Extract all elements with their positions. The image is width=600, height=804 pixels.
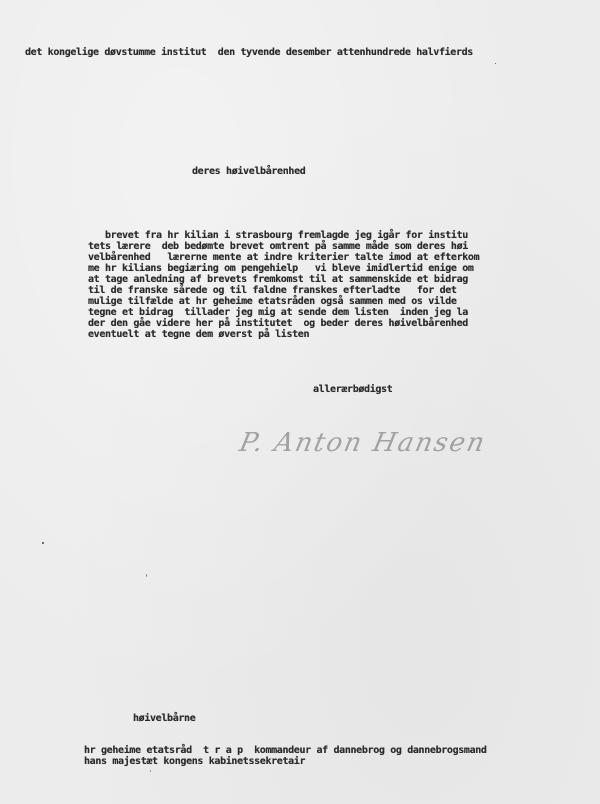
body-line: brevet fra hr kilian i strasbourg fremla… — [88, 230, 468, 241]
body-line: tegne et bidrag tillader jeg mig at send… — [88, 307, 468, 318]
salutation: deres høivelbårenhed — [192, 166, 305, 177]
paper-speck — [146, 574, 147, 577]
body-line: tets lærere deb bedømte brevet omtrent p… — [88, 241, 468, 252]
paper-speck — [42, 542, 44, 544]
recipient-title: høivelbårne — [133, 713, 195, 724]
handwritten-signature: P. Anton Hansen — [237, 428, 489, 458]
paper-speck — [495, 63, 496, 64]
closing: allerærbødigst — [313, 384, 392, 395]
address-line: hr geheime etatsråd t r a p kommandeur a… — [84, 745, 487, 756]
body-line: me hr kilians begiæring om pengehielp vi… — [88, 263, 474, 274]
body-line: mulige tilfælde at hr geheime etatsråden… — [88, 296, 457, 307]
body-line: der den gåe videre her på institutet og … — [88, 318, 468, 329]
letter-header: det kongelige døvstumme institut den tyv… — [25, 47, 473, 58]
body-line: velbårenhed lærerne mente at indre krite… — [88, 252, 479, 263]
address-line: hans majestæt kongens kabinetssekretair — [84, 756, 305, 767]
body-line: til de franske sårede og til faldne fran… — [88, 285, 457, 296]
body-line: eventuelt at tegne dem øverst på listen — [88, 329, 309, 340]
body-line: at tage anledning af brevets fremkomst t… — [88, 274, 468, 285]
paper-speck — [150, 770, 151, 772]
letter-page: det kongelige døvstumme institut den tyv… — [0, 0, 600, 804]
